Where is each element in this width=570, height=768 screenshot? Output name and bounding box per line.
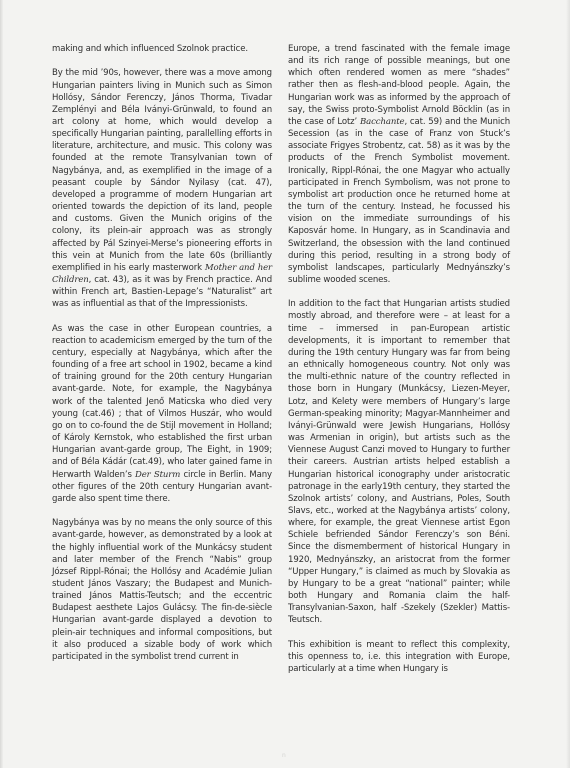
paragraph-text: As was the case in other European countr… <box>52 324 272 480</box>
page-edge-right <box>566 0 570 768</box>
paragraph-text: Europe, a trend fascinated with the fema… <box>288 44 510 127</box>
paragraph-text: By the mid ’90s, however, there was a mo… <box>52 68 272 273</box>
paragraph-symbolist-trend: Europe, a trend fascinated with the fema… <box>288 43 510 286</box>
paragraph-exhibition-purpose: This exhibition is meant to reflect this… <box>288 639 510 675</box>
paragraph-munich-painters: By the mid ’90s, however, there was a mo… <box>52 67 272 310</box>
paragraph-text: , cat. 59) and the Munich Secession (as … <box>288 117 510 285</box>
paragraph-academicism-reaction: As was the case in other European countr… <box>52 323 272 505</box>
page-edge-left <box>0 0 3 768</box>
paragraph-ethnic-diversity: In addition to the fact that Hungarian a… <box>288 298 510 626</box>
page-folio-mark: n <box>282 752 286 759</box>
artwork-title: Bacchante <box>360 117 404 127</box>
left-column: making and which influenced Szolnok prac… <box>52 43 272 675</box>
publication-title: Der Sturm <box>135 470 180 480</box>
paragraph-avant-garde-sources: Nagybánya was by no means the only sourc… <box>52 517 272 663</box>
paragraph-continuation: making and which influenced Szolnok prac… <box>52 43 272 55</box>
right-column: Europe, a trend fascinated with the fema… <box>288 43 510 687</box>
